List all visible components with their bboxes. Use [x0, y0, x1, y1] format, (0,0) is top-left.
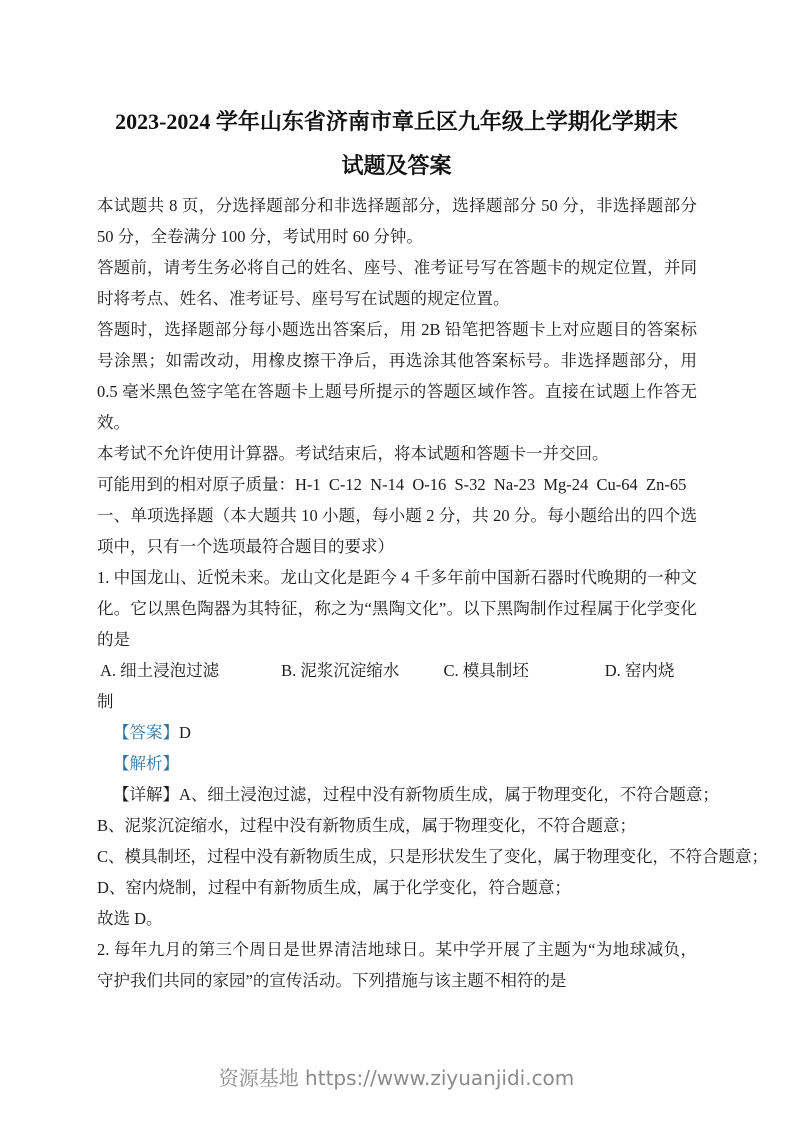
- document-page: 2023-2024 学年山东省济南市章丘区九年级上学期化学期末 试题及答案 本试…: [0, 0, 793, 1122]
- question-1-options: A. 细土浸泡过滤B. 泥浆沉淀缩水C. 模具制坯D. 窑内烧: [97, 655, 697, 686]
- question-1-option-d: D. 窑内烧: [605, 655, 675, 686]
- question-1-option-b: B. 泥浆沉淀缩水: [281, 655, 399, 686]
- exam-info-before-answering: 答题前，请考生务必将自己的姓名、座号、准考证号写在答题卡的规定位置，并同时将考点…: [97, 252, 697, 314]
- answer-label: 【答案】: [113, 723, 179, 742]
- exam-info-no-calculator: 本考试不允许使用计算器。考试结束后，将本试题和答题卡一并交回。: [97, 438, 697, 469]
- question-1-analysis-line: 【解析】: [97, 748, 697, 779]
- analysis-label: 【解析】: [113, 754, 179, 773]
- question-1-answer-line: 【答案】D: [97, 717, 697, 748]
- atomic-mass-line: 可能用到的相对原子质量：H-1 C-12 N-14 O-16 S-32 Na-2…: [97, 469, 697, 500]
- question-1-detail-line-c: C、模具制坯，过程中没有新物质生成，只是形状发生了变化，属于物理变化，不符合题意…: [97, 841, 697, 872]
- footer-credit-link[interactable]: 资源基地 https://www.ziyuanjidi.com: [0, 1062, 793, 1091]
- detail-label: 【详解】: [113, 785, 179, 804]
- detail-text-a: A、细土浸泡过滤，过程中没有新物质生成，属于物理变化，不符合题意；: [179, 785, 719, 804]
- exam-info-pages-scores: 本试题共 8 页，分选择题部分和非选择题部分，选择题部分 50 分，非选择题部分…: [97, 190, 697, 252]
- question-1-option-a: A. 细土浸泡过滤: [100, 655, 219, 686]
- answer-value: D: [179, 723, 191, 742]
- question-1-option-c: C. 模具制坯: [443, 655, 528, 686]
- question-1-detail-line-a: 【详解】A、细土浸泡过滤，过程中没有新物质生成，属于物理变化，不符合题意；: [97, 779, 697, 810]
- question-1-conclusion: 故选 D。: [97, 903, 697, 934]
- question-1-option-d-wrap: 制: [97, 686, 697, 717]
- question-1-stem: 1. 中国龙山、近悦未来。龙山文化是距今 4 千多年前中国新石器时代晚期的一种文…: [97, 562, 697, 655]
- question-1-detail-line-d: D、窑内烧制，过程中有新物质生成，属于化学变化，符合题意；: [97, 872, 697, 903]
- exam-info-answering-rules: 答题时，选择题部分每小题选出答案后，用 2B 铅笔把答题卡上对应题目的答案标号涂…: [97, 314, 697, 438]
- section-1-heading: 一、单项选择题（本大题共 10 小题，每小题 2 分，共 20 分。每小题给出的…: [97, 500, 697, 562]
- document-title-line1: 2023-2024 学年山东省济南市章丘区九年级上学期化学期末: [0, 100, 793, 144]
- question-1-detail-line-b: B、泥浆沉淀缩水，过程中没有新物质生成，属于物理变化，不符合题意；: [97, 810, 697, 841]
- question-2-stem: 2. 每年九月的第三个周日是世界清洁地球日。某中学开展了主题为“为地球减负，守护…: [97, 934, 697, 996]
- document-title: 2023-2024 学年山东省济南市章丘区九年级上学期化学期末 试题及答案: [0, 100, 793, 188]
- document-title-line2: 试题及答案: [0, 144, 793, 188]
- document-body: 本试题共 8 页，分选择题部分和非选择题部分，选择题部分 50 分，非选择题部分…: [97, 190, 697, 996]
